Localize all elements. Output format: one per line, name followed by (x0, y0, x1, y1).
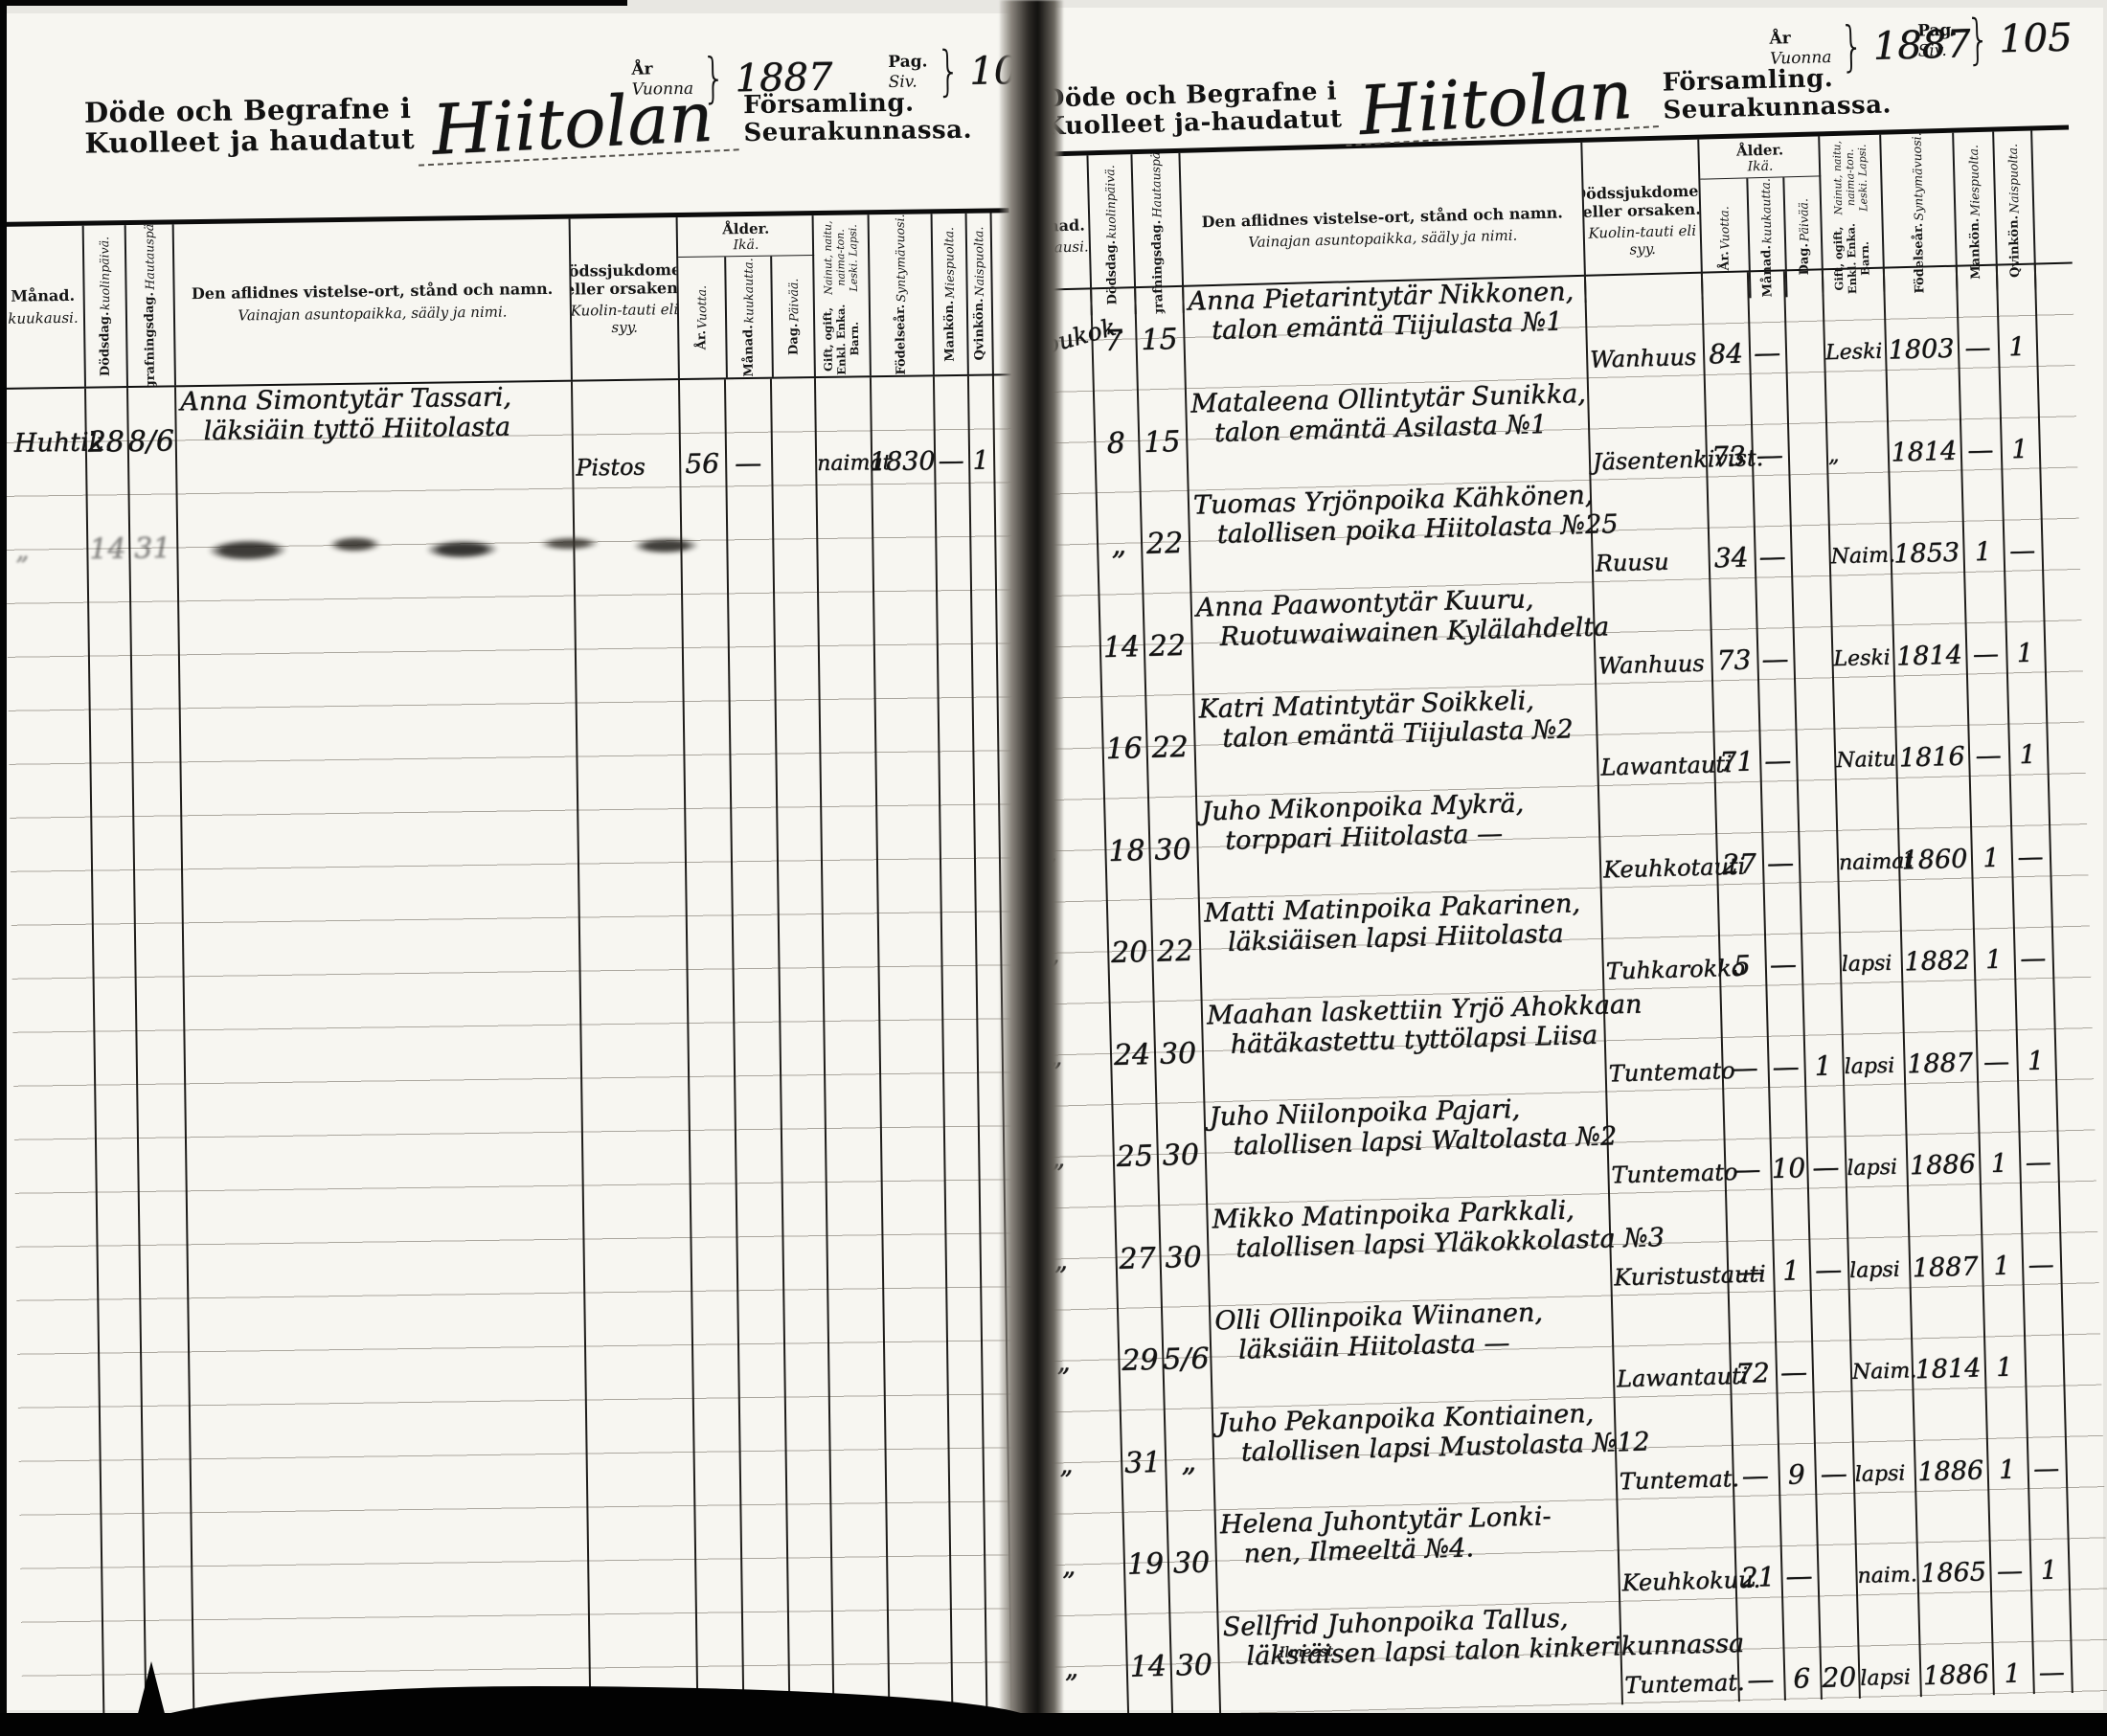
entry-female-mark: 1 (2016, 1044, 2055, 1084)
entry-age-months: — (725, 444, 772, 487)
entry-birth-year: 1814 (1892, 638, 1966, 679)
entry-male-mark: 1 (1979, 1146, 2020, 1186)
book-gutter-shadow (1000, 0, 1063, 1736)
entry-age-years: — (1721, 1051, 1768, 1092)
entry-female-mark (2024, 1349, 2063, 1389)
entry-cause-of-death: Tuhkarokko (1601, 950, 1719, 992)
entry-male-mark: — (934, 441, 969, 484)
entry-cause-of-death: Keuhkotauti (1599, 848, 1717, 891)
entry-male-mark (935, 537, 970, 591)
entry-burial-day: 30 (1155, 1103, 1206, 1208)
entry-burial-day: „ (1164, 1409, 1214, 1514)
entry-birth-year: 1886 (1914, 1454, 1987, 1495)
entry-age-days (1799, 845, 1838, 886)
entry-age-months: — (1767, 1050, 1804, 1091)
entry-death-day: 31 (1120, 1409, 1167, 1515)
entry-age-months (726, 540, 773, 595)
entry-age-days (1790, 539, 1829, 579)
entry-female-mark: 1 (2005, 636, 2045, 676)
entry-note: Ilmeest. (1279, 1642, 1338, 1661)
entry-edge-cell (2071, 1655, 2102, 1695)
entry-burial-day: 30 (1168, 1612, 1219, 1718)
entry-month: „ (6, 496, 88, 604)
entry-age-years: 84 (1703, 337, 1750, 377)
entry-burial-day: 22 (1144, 695, 1195, 800)
table-body: Toukok. 7 15 Anna Pietarintytär Nikkonen… (1019, 264, 2107, 1720)
entry-burial-day: 30 (1167, 1510, 1217, 1615)
entry-name-line1: Anna Simontytär Tassari, (174, 382, 571, 417)
column-death-day: Dödsdag. kuolinpäivä. (82, 225, 126, 387)
column-burial-day: Begrafningsdag. Hautauspäivä. (125, 224, 174, 386)
entry-male-mark: 1 (1992, 1657, 2033, 1697)
entry-birth-year: 1886 (1906, 1147, 1980, 1188)
entry-male-mark: 1 (1982, 1249, 2023, 1289)
entry-age-days (772, 539, 817, 594)
entry-birth-year: 1814 (1887, 434, 1960, 475)
entry-birth-year: 1860 (1898, 842, 1972, 883)
page-label-finnish: Siv. (1917, 41, 1947, 62)
entry-age-years: 73 (1705, 440, 1752, 480)
entry-cause-of-death: Tuntemat. (1615, 1460, 1733, 1502)
entry-burial-day: 15 (1137, 389, 1188, 494)
column-female: Qvinkön.Naispuolta. (965, 213, 992, 373)
entry-age-years: 34 (1708, 541, 1755, 581)
entry-death-day: 18 (1103, 798, 1150, 903)
entry-death-day: 24 (1109, 1002, 1156, 1107)
entry-death-day: „ (1096, 492, 1143, 597)
entry-male-mark: — (1989, 1554, 2030, 1594)
column-cause-of-death: Dödssjukdomen eller orsaken. Kuolin-taut… (569, 217, 678, 380)
column-male: Mankön.Miespuolta. (931, 214, 967, 374)
entry-burial-day: 30 (1147, 797, 1198, 902)
page-label-swedish: Pag. (888, 52, 927, 73)
entry-birth-year: 1803 (1885, 332, 1959, 373)
entry-age-years: 72 (1730, 1357, 1777, 1397)
entry-cause-of-death: Wanhuus (1586, 339, 1704, 381)
page-sheet: År Vuonna } 1887 Pag. Siv. } 105 Döde oc… (1011, 0, 2107, 1713)
entry-civil-status: „ (1825, 436, 1888, 477)
register-page-104: År Vuonna } 1887 Pag. Siv. } 104 Döde oc… (6, 13, 1013, 1710)
entry-cause-of-death: Tuntemato (1607, 1154, 1725, 1196)
entry-burial-day: 8/6 (126, 387, 176, 495)
entry-age-years: 71 (1713, 745, 1760, 785)
entry-age-months: — (1780, 1560, 1818, 1600)
entry-male-mark: 1 (1983, 1350, 2025, 1390)
page-sheet: År Vuonna } 1887 Pag. Siv. } 104 Döde oc… (0, 5, 1030, 1716)
entry-cause-of-death: Tuntemato (1604, 1052, 1722, 1094)
entry-female-mark: — (2019, 1145, 2058, 1185)
page-number-block: Pag. Siv. } 105 (1917, 13, 2073, 66)
entry-age-years: 27 (1716, 847, 1763, 888)
entry-age-days (1785, 335, 1824, 375)
entry-age-years: 56 (679, 444, 726, 487)
entry-age-years: — (1732, 1458, 1778, 1499)
entry-male-mark: — (1976, 1045, 2017, 1085)
entry-birth-year: 1887 (1909, 1250, 1982, 1291)
entry-edge-cell (2050, 839, 2081, 879)
entry-death-day: 14 (1124, 1613, 1171, 1719)
entry-female-mark: — (2003, 533, 2042, 574)
entry-age-days (771, 443, 816, 486)
entry-edge-cell (2047, 737, 2078, 778)
entry-civil-status (816, 538, 872, 593)
entry-age-days (1787, 438, 1826, 478)
entry-burial-day: 22 (1140, 491, 1190, 597)
entry-female-mark: — (2013, 941, 2052, 981)
table-header: Månad. kuukausi. Dödsdag. kuolinpäivä. B… (1015, 125, 2072, 292)
entry-female-mark: — (2011, 840, 2050, 880)
entry-cause-of-death: Kuristustauti (1610, 1256, 1728, 1298)
entry-burial-day: 22 (1142, 593, 1192, 698)
entry-age-years: — (1727, 1255, 1774, 1296)
entry-civil-status: naim. (1855, 1557, 1917, 1598)
register-title: Döde och Begrafne i Kuolleet ja-haudatut… (1043, 62, 1892, 141)
entry-edge-cell (2051, 940, 2083, 981)
entry-age-days: 20 (1820, 1660, 1859, 1701)
entry-cause-of-death (573, 541, 681, 597)
parish-name-handwritten: Hiitolan (1342, 63, 1659, 147)
page-label-swedish: Pag. (1917, 21, 1958, 42)
entry-burial-day: 15 (1134, 287, 1185, 393)
entry-cause-of-death: Ruusu (1591, 543, 1709, 585)
entry-civil-status: Leski (1824, 334, 1886, 375)
entry-civil-status: lapsi (1845, 1149, 1907, 1190)
entry-age-months: 1 (1773, 1254, 1810, 1295)
column-age-months: Månad.kuukautta. (724, 257, 772, 378)
entry-age-days (1793, 642, 1832, 682)
entry-civil-status: Naim. (1850, 1353, 1913, 1394)
entry-edge-cell (2068, 1552, 2099, 1592)
entry-age-months: — (1764, 948, 1801, 988)
entry-age-months: — (1751, 439, 1788, 479)
entry-civil-status: Leski (1831, 640, 1893, 681)
table-body: Huhtik. 28 8/6 Anna Simontytär Tassari, … (4, 375, 1030, 1723)
entry-name-line2: läksiäin tyttö Hiitolasta (174, 412, 571, 453)
entry-age-months: — (1762, 846, 1800, 887)
entry-age-days (1801, 947, 1840, 987)
entry-death-day: 8 (1093, 391, 1140, 496)
entry-age-months: 10 (1770, 1152, 1807, 1192)
column-age-days: Dag.Päivää. (770, 256, 816, 377)
entry-death-day: 14 (86, 495, 130, 603)
entry-edge-cell (2038, 431, 2070, 471)
entry-burial-day: 30 (1158, 1205, 1209, 1310)
title-suffix-swedish: Församling. (743, 89, 972, 120)
entry-male-mark: 1 (1962, 535, 2004, 575)
entry-age-months: — (1759, 744, 1797, 784)
entry-age-years: 21 (1734, 1561, 1781, 1601)
entry-birth-year: 1853 (1890, 536, 1963, 577)
entry-male-mark: — (1965, 637, 2006, 677)
entries-list: Toukok. 7 15 Anna Pietarintytär Nikkonen… (1019, 264, 2107, 1719)
entry-burial-day: 5/6 (1161, 1306, 1212, 1411)
page-number-value: 105 (1999, 16, 2073, 62)
scan-frame-top (0, 0, 627, 6)
entry-age-years: — (1724, 1153, 1771, 1193)
entry-age-years: 73 (1711, 643, 1757, 684)
entry-female-mark: 1 (2000, 432, 2039, 472)
entry-burial-day: 22 (1150, 899, 1201, 1004)
entry-male-mark: — (1968, 738, 2009, 778)
year-label-swedish: År (1769, 29, 1791, 50)
entry-birth-year: 1814 (1911, 1351, 1984, 1392)
entry-civil-status: lapsi (1858, 1659, 1920, 1701)
title-suffix-finnish: Seurakunnassa. (1663, 91, 1892, 124)
entry-edge-cell (2041, 533, 2073, 574)
entry-female-mark: 1 (2029, 1553, 2069, 1593)
register-entry-row: Huhtik. 28 8/6 Anna Simontytär Tassari, … (4, 375, 1012, 497)
entry-edge-cell (2054, 1043, 2086, 1083)
entry-civil-status: lapsi (1852, 1455, 1914, 1497)
entry-edge-cell (2057, 1144, 2089, 1184)
entries-list: Huhtik. 28 8/6 Anna Simontytär Tassari, … (4, 375, 1014, 604)
title-finnish: Kuolleet ja-haudatut (1043, 105, 1342, 141)
entry-cause-of-death: Lawantauti (1597, 746, 1714, 788)
entry-age-days: — (1806, 1151, 1846, 1191)
scan-bottom-edge (0, 1713, 2107, 1736)
entry-birth-year (872, 537, 936, 592)
entry-cause-of-death: Keuhkokuu. (1618, 1562, 1735, 1604)
entry-female-mark (969, 536, 995, 590)
entry-age-months: — (1754, 540, 1791, 580)
register-title: Döde och Begrafne i Kuolleet ja haudatut… (84, 86, 972, 160)
entry-edge-cell (2036, 329, 2068, 370)
entry-death-day: 27 (1114, 1206, 1161, 1311)
entry-civil-status: Naitu (1834, 742, 1896, 783)
entry-age-years: 5 (1718, 949, 1765, 989)
entry-civil-status: naimat (815, 442, 872, 485)
entry-month: „ (1053, 1614, 1127, 1721)
entry-birth-year: 1830 (871, 441, 935, 485)
parish-name-handwritten: Hiitolan (415, 85, 738, 167)
entry-birth-year: 1887 (1903, 1046, 1977, 1087)
entry-death-day: 19 (1122, 1512, 1169, 1617)
entry-edge-cell (2062, 1348, 2094, 1388)
entry-age-months: — (1756, 643, 1794, 683)
column-civil-status: Gift, ogift, Enkl. Enka. Barn.Nainut, na… (812, 214, 870, 376)
entry-age-years (680, 540, 727, 595)
column-age-years: År.Vuotta. (678, 257, 726, 378)
entry-civil-status: naimat (1837, 844, 1899, 885)
entry-civil-status: lapsi (1842, 1048, 1904, 1089)
entry-death-day: 28 (84, 388, 128, 496)
entry-civil-status: lapsi (1839, 945, 1901, 986)
entry-birth-year: 1886 (1919, 1657, 1993, 1699)
entry-age-days: 1 (1803, 1049, 1843, 1090)
entry-cause-of-death: Wanhuus (1594, 644, 1711, 687)
table-header: Månad. kuukausi. Dödsdag. kuolinpäivä. B… (2, 208, 1011, 390)
entry-death-day: 16 (1100, 696, 1147, 801)
title-finnish: Kuolleet ja haudatut (84, 124, 415, 160)
entry-birth-year: 1882 (1900, 943, 1974, 984)
entry-age-months: — (1776, 1356, 1813, 1396)
entry-age-years: — (1737, 1662, 1784, 1702)
entry-age-months: 6 (1783, 1661, 1821, 1702)
entry-age-months: 9 (1778, 1457, 1815, 1498)
column-name-residence: Den aflidnes vistelse-ort, stånd och nam… (172, 219, 571, 386)
church-register-scan: År Vuonna } 1887 Pag. Siv. } 104 Döde oc… (0, 0, 2107, 1736)
entry-cause-of-death: Lawantauti (1613, 1358, 1731, 1400)
entry-female-mark: — (2032, 1656, 2072, 1696)
entry-burial-day: 30 (1153, 1001, 1204, 1106)
entry-birth-year: 1865 (1916, 1555, 1990, 1596)
bookmark-mark (132, 1661, 170, 1736)
entry-female-mark: 1 (2008, 737, 2048, 778)
entry-birth-year: 1816 (1895, 740, 1969, 781)
column-group-age: Ålder. Ikä. År.Vuotta. Månad.kuukautta. … (676, 215, 814, 378)
scan-frame-left (0, 0, 7, 1714)
entry-female-mark: 1 (1998, 330, 2037, 371)
entry-civil-status: lapsi (1847, 1251, 1910, 1293)
entry-death-day: 14 (1098, 595, 1144, 700)
entry-female-mark: — (2027, 1452, 2066, 1492)
entry-age-months: — (1749, 336, 1786, 376)
page-brace: } (1965, 16, 1990, 65)
entry-edge-cell (2044, 635, 2075, 675)
page-top-zone: År Vuonna } 1887 Pag. Siv. } 104 Döde oc… (0, 5, 1008, 222)
entry-female-mark: — (2022, 1248, 2061, 1288)
entry-age-days: — (1809, 1253, 1848, 1294)
title-suffix-finnish: Seurakunnassa. (743, 117, 972, 147)
entry-age-days (1817, 1559, 1856, 1599)
entry-age-days: — (1814, 1456, 1853, 1497)
register-entry-row: „ 14 31 (6, 483, 1014, 604)
entry-male-mark: — (1958, 331, 1999, 372)
entry-death-day: 25 (1111, 1104, 1158, 1209)
column-birth-year: Födelseår.Syntymävuosi. (868, 214, 933, 375)
column-month: Månad. kuukausi. (2, 226, 84, 388)
entry-cause-of-death: Tuntemat. (1620, 1664, 1738, 1706)
entry-burial-day: 31 (128, 494, 178, 602)
entry-age-days (1812, 1355, 1851, 1395)
entry-death-day: 20 (1106, 900, 1153, 1005)
entry-male-mark: 1 (1971, 841, 2012, 881)
entry-male-mark: 1 (1973, 942, 2014, 982)
entry-edge-cell (2065, 1451, 2096, 1491)
entry-edge-cell (2060, 1247, 2092, 1287)
entry-month: Huhtik. (4, 389, 86, 497)
entry-death-day: 29 (1117, 1308, 1164, 1413)
register-page-105: År Vuonna } 1887 Pag. Siv. } 105 Döde oc… (1050, 8, 2103, 1710)
entry-age-days (1796, 743, 1835, 783)
entry-female-mark: 1 (968, 440, 994, 483)
entry-cause-of-death: Jäsentenkivist. (1589, 440, 1707, 483)
entry-cause-of-death: Pistos (572, 445, 680, 489)
entry-civil-status: Naim. (1828, 538, 1891, 579)
entry-male-mark: 1 (1986, 1453, 2028, 1493)
entry-male-mark: — (1960, 433, 2001, 473)
year-label-swedish: År (631, 59, 652, 80)
